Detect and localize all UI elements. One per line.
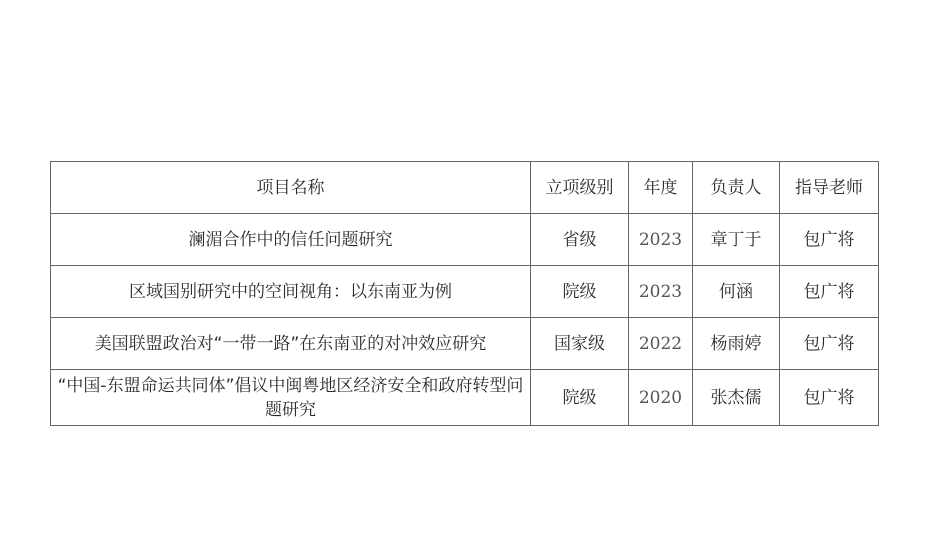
advisor-cell: 包广将 [780, 266, 879, 318]
year-cell: 2022 [629, 318, 693, 370]
lead-cell: 何涵 [693, 266, 780, 318]
table-header-row: 项目名称 立项级别 年度 负责人 指导老师 [51, 162, 879, 214]
lead-cell: 杨雨婷 [693, 318, 780, 370]
year-cell: 2020 [629, 370, 693, 426]
advisor-cell: 包广将 [780, 318, 879, 370]
project-name-cell: 澜湄合作中的信任问题研究 [51, 214, 531, 266]
header-advisor: 指导老师 [780, 162, 879, 214]
project-name-cell: 区域国别研究中的空间视角：以东南亚为例 [51, 266, 531, 318]
project-name-cell: “中国-东盟命运共同体”倡议中闽粤地区经济安全和政府转型问题研究 [51, 370, 531, 426]
year-cell: 2023 [629, 266, 693, 318]
lead-cell: 张杰儒 [693, 370, 780, 426]
level-cell: 省级 [531, 214, 629, 266]
header-project-name: 项目名称 [51, 162, 531, 214]
header-level: 立项级别 [531, 162, 629, 214]
lead-cell: 章丁于 [693, 214, 780, 266]
table-row: 区域国别研究中的空间视角：以东南亚为例 院级 2023 何涵 包广将 [51, 266, 879, 318]
header-year: 年度 [629, 162, 693, 214]
level-cell: 院级 [531, 266, 629, 318]
advisor-cell: 包广将 [780, 370, 879, 426]
level-cell: 国家级 [531, 318, 629, 370]
project-name-cell: 美国联盟政治对“一带一路”在东南亚的对冲效应研究 [51, 318, 531, 370]
header-lead: 负责人 [693, 162, 780, 214]
advisor-cell: 包广将 [780, 214, 879, 266]
projects-table: 项目名称 立项级别 年度 负责人 指导老师 澜湄合作中的信任问题研究 省级 20… [50, 161, 879, 426]
year-cell: 2023 [629, 214, 693, 266]
table-row: 美国联盟政治对“一带一路”在东南亚的对冲效应研究 国家级 2022 杨雨婷 包广… [51, 318, 879, 370]
table-row: 澜湄合作中的信任问题研究 省级 2023 章丁于 包广将 [51, 214, 879, 266]
table-row: “中国-东盟命运共同体”倡议中闽粤地区经济安全和政府转型问题研究 院级 2020… [51, 370, 879, 426]
level-cell: 院级 [531, 370, 629, 426]
